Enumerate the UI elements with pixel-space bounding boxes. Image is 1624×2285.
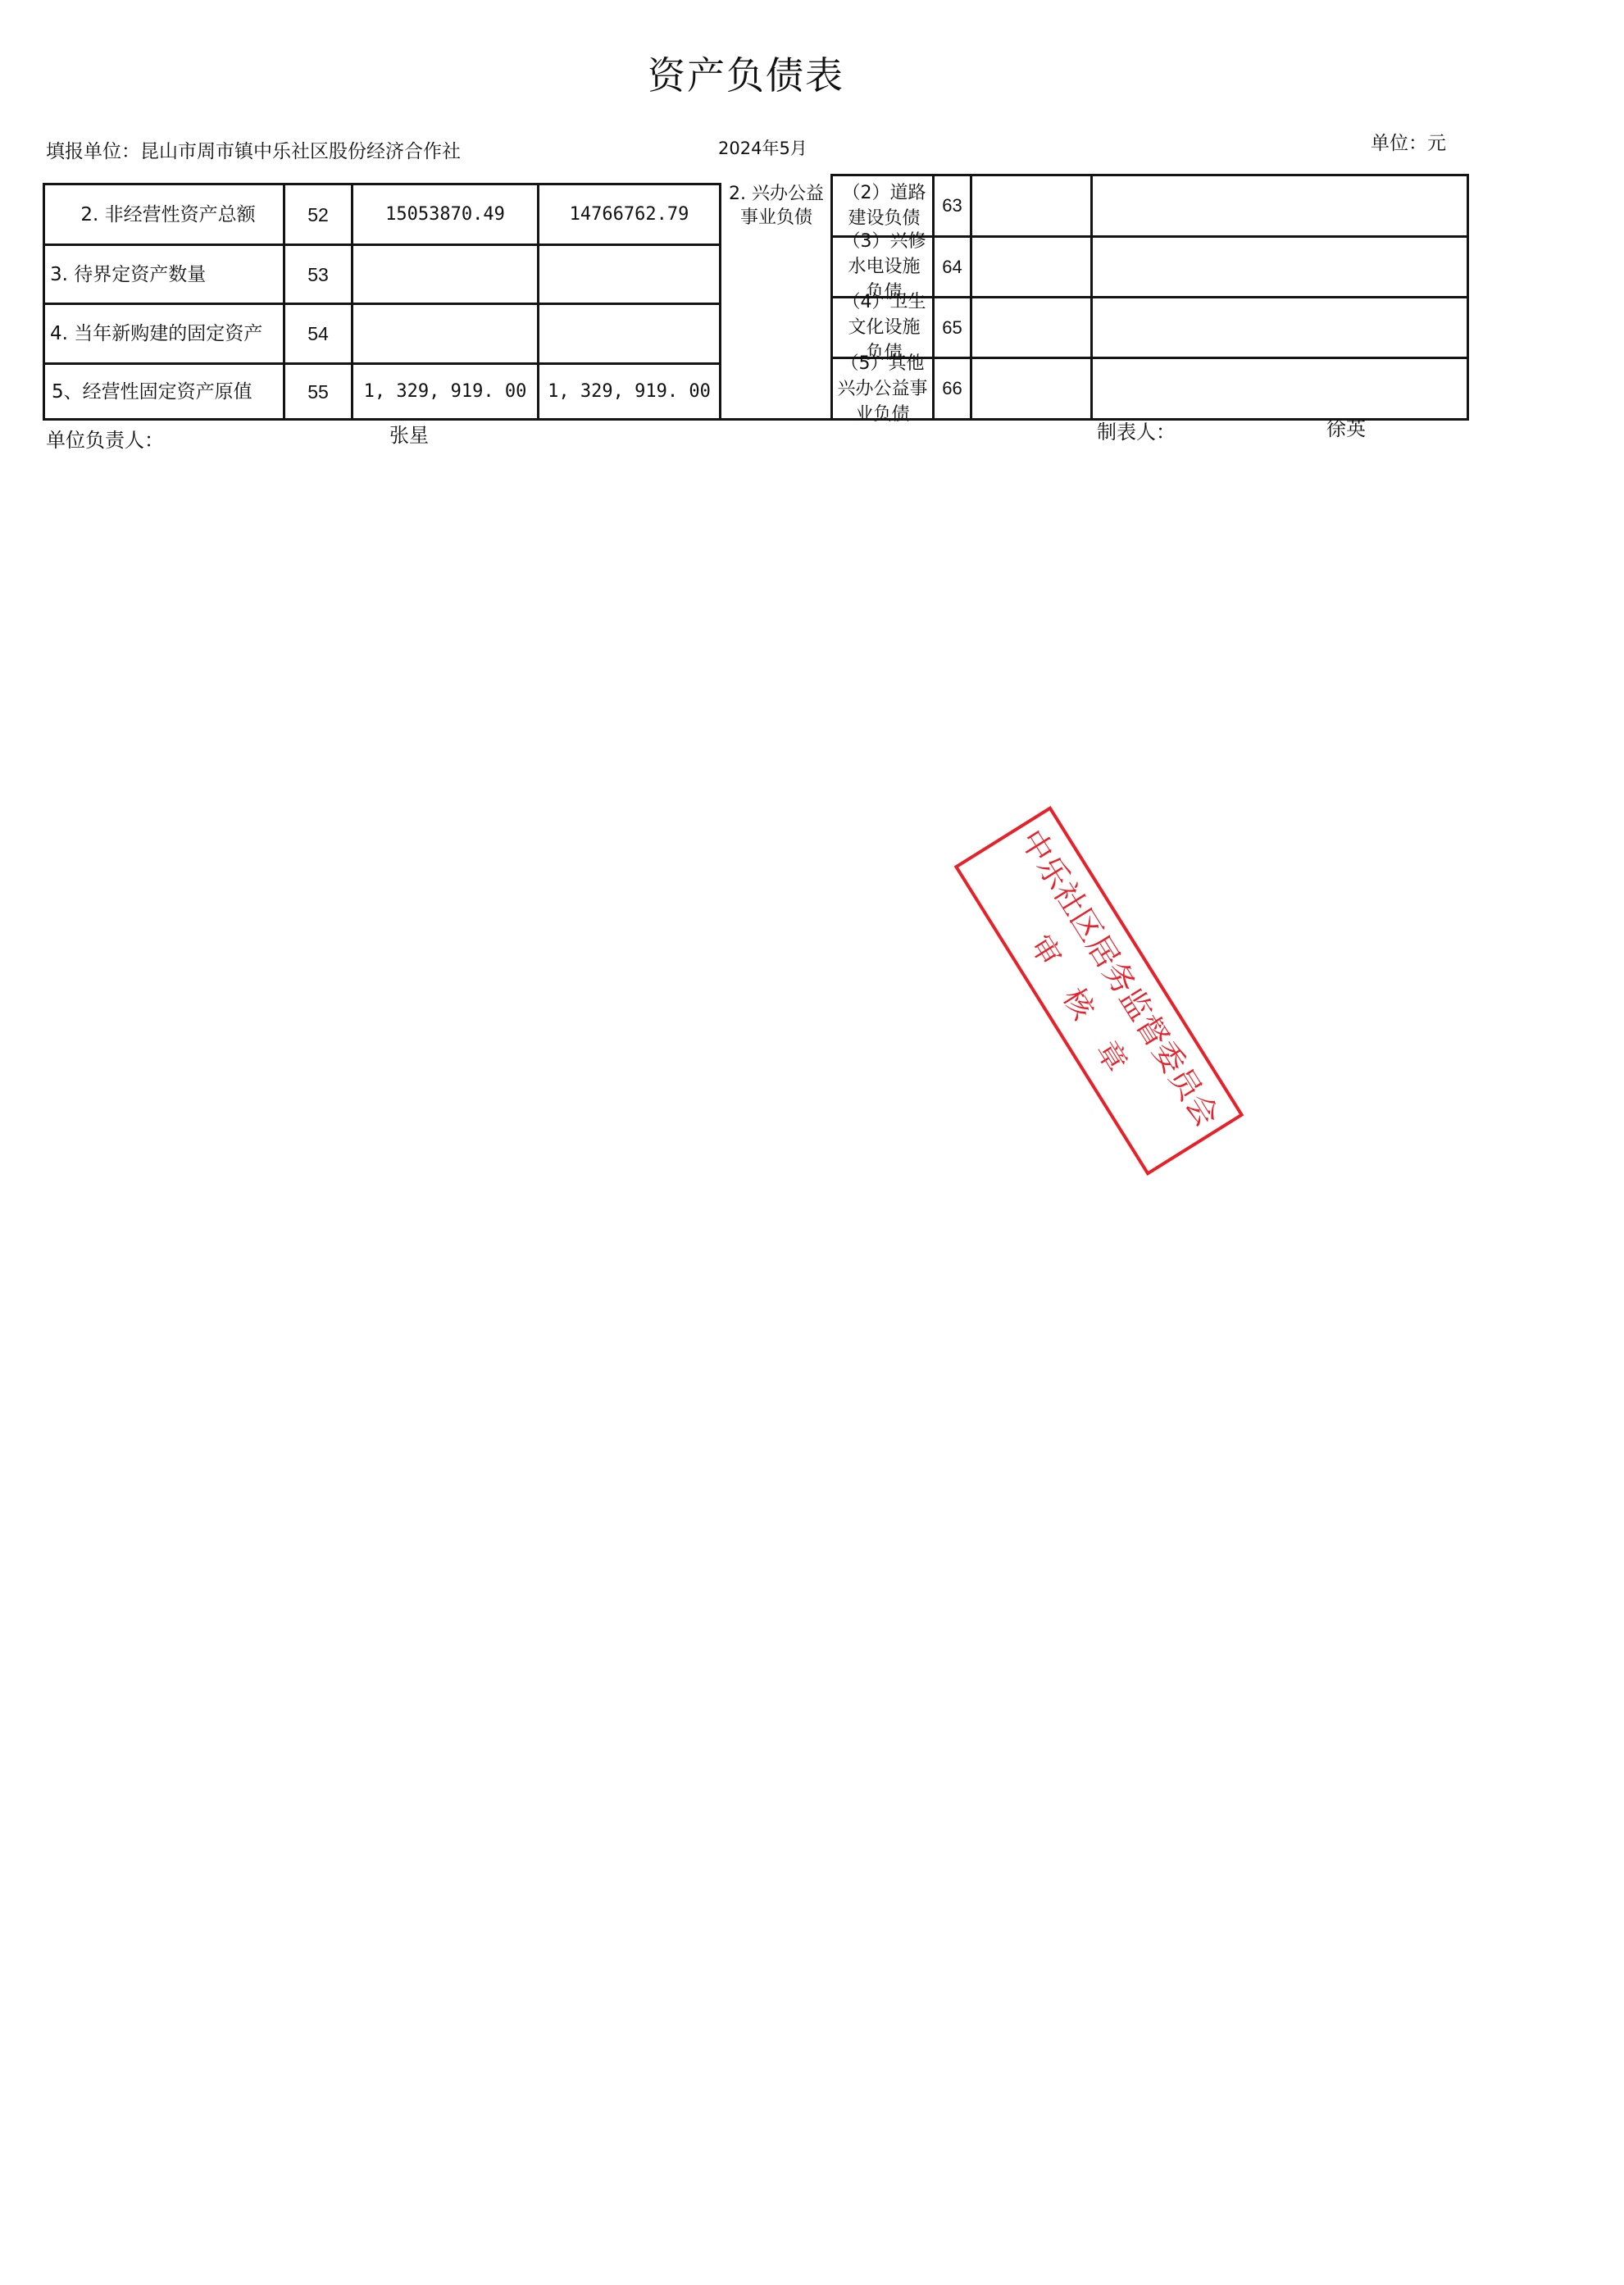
closing-balance <box>1093 298 1467 357</box>
opening-balance: 1, 329, 919. 00 <box>353 365 537 418</box>
item-label: 4. 当年新购建的固定资产 <box>45 305 283 362</box>
currency-unit: 单位：元 <box>1371 131 1446 156</box>
liability-group-label: 2. 兴办公益事业负债 <box>726 182 826 264</box>
opening-balance <box>972 238 1090 296</box>
table-border <box>1467 174 1469 421</box>
document-title: 资产负债表 <box>648 51 869 100</box>
line-number: 54 <box>285 305 351 362</box>
line-number: 53 <box>285 246 351 303</box>
opening-balance <box>353 305 537 362</box>
closing-balance <box>1093 238 1467 296</box>
opening-balance <box>972 176 1090 235</box>
closing-balance <box>539 246 719 303</box>
closing-balance: 1, 329, 919. 00 <box>539 365 719 418</box>
filler-label: 填报单位： <box>46 141 140 162</box>
unit-head-name: 张星 <box>389 423 429 448</box>
item-label: （5）其他兴办公益事业负债 <box>833 359 932 418</box>
preparer-label: 制表人： <box>1097 420 1176 444</box>
audit-stamp: 中乐社区居务监督委员会 审核章 <box>954 806 1244 1176</box>
item-label: 5、经营性固定资产原值 <box>45 365 283 418</box>
opening-balance <box>972 298 1090 357</box>
filler-value: 昆山市周市镇中乐社区股份经济合作社 <box>140 141 461 162</box>
opening-balance <box>972 359 1090 418</box>
item-label: （4）卫生文化设施负债 <box>836 298 932 357</box>
item-label: （2）道路建设负债 <box>836 176 932 235</box>
closing-balance <box>1093 359 1467 418</box>
table-border <box>43 418 1469 421</box>
table-border <box>719 183 721 421</box>
line-number: 66 <box>935 359 970 418</box>
line-number: 55 <box>285 365 351 418</box>
report-period: 2024年5月 <box>718 136 807 161</box>
opening-balance: 15053870.49 <box>353 185 537 244</box>
filler-unit: 填报单位：昆山市周市镇中乐社区股份经济合作社 <box>46 139 461 164</box>
closing-balance <box>1093 176 1467 235</box>
line-number: 63 <box>935 176 970 235</box>
line-number: 52 <box>285 185 351 244</box>
item-label: 3. 待界定资产数量 <box>45 246 283 303</box>
unit-head-label: 单位负责人： <box>46 428 164 453</box>
item-label: 2. 非经营性资产总额 <box>45 185 283 244</box>
closing-balance <box>539 305 719 362</box>
item-label: （3）兴修水电设施负债 <box>836 238 932 296</box>
closing-balance: 14766762.79 <box>539 185 719 244</box>
preparer-name: 徐英 <box>1326 416 1366 441</box>
line-number: 64 <box>935 238 970 296</box>
line-number: 65 <box>935 298 970 357</box>
opening-balance <box>353 246 537 303</box>
